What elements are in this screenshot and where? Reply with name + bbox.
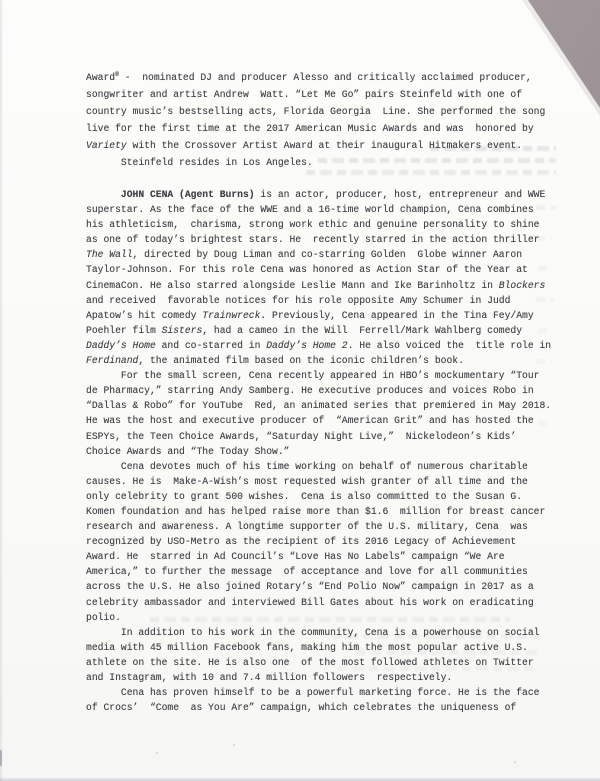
text-line: Cena has proven himself to be a powerful… xyxy=(86,685,566,700)
text-line: media with 45 million Facebook fans, mak… xyxy=(86,640,566,655)
text-line: He was the host and executive producer o… xyxy=(86,413,566,428)
text-line: Steinfeld resides in Los Angeles. xyxy=(86,154,566,171)
text-line: Komen foundation and has helped raise mo… xyxy=(86,504,566,519)
scan-edge-bottom xyxy=(0,777,600,781)
text-line: songwriter and artist Andrew Watt. “Let … xyxy=(86,86,566,103)
text-line: country music’s bestselling acts, Florid… xyxy=(86,103,566,120)
text-line: CinemaCon. He also starred alongside Les… xyxy=(86,278,566,293)
text-line: live for the first time at the 2017 Amer… xyxy=(86,120,566,137)
text-line: Taylor-Johnson. For this role Cena was h… xyxy=(86,262,566,277)
text-line: Ferdinand, the animated film based on th… xyxy=(86,353,566,368)
text-line: and received favorable notices for his r… xyxy=(86,293,566,308)
scan-speck xyxy=(514,761,516,763)
text-line: research and awareness. A longtime suppo… xyxy=(86,519,566,534)
text-line: celebrity ambassador and interviewed Bil… xyxy=(86,595,566,610)
text-line: superstar. As the face of the WWE and a … xyxy=(86,202,566,217)
steinfeld-paragraph: Award® - nominated DJ and producer Aless… xyxy=(86,66,566,171)
text-line: recognized by USO-Metro as the recipient… xyxy=(86,534,566,549)
text-line: polio. xyxy=(86,610,566,625)
text-line: Cena devotes much of his time working on… xyxy=(86,459,566,474)
text-line: Poehler film Sisters, had a cameo in the… xyxy=(86,323,566,338)
text-line: de Pharmacy,” starring Andy Samberg. He … xyxy=(86,383,566,398)
text-line: “Dallas & Robo” for YouTube Red, an anim… xyxy=(86,398,566,413)
text-line: ESPYs, the Teen Choice Awards, “Saturday… xyxy=(86,429,566,444)
text-line: causes. He is Make-A-Wish’s most request… xyxy=(86,474,566,489)
text-line: Daddy’s Home and co-starred in Daddy’s H… xyxy=(86,338,566,353)
text-line: athlete on the site. He is also one of t… xyxy=(86,655,566,670)
scan-speck xyxy=(156,752,158,754)
text-line: Award® - nominated DJ and producer Aless… xyxy=(86,66,566,86)
text-line: In addition to his work in the community… xyxy=(86,625,566,640)
text-line: For the small screen, Cena recently appe… xyxy=(86,368,566,383)
scan-edge-left xyxy=(0,0,3,781)
text-line: of Crocs’ “Come as You Are” campaign, wh… xyxy=(86,700,566,715)
text-line: The Wall, directed by Doug Liman and co-… xyxy=(86,247,566,262)
scan-speck xyxy=(233,744,235,746)
text-line: and Instagram, with 10 and 7.4 million f… xyxy=(86,670,566,685)
scanned-page: Award® - nominated DJ and producer Aless… xyxy=(0,0,600,781)
text-line: only celebrity to grant 500 wishes. Cena… xyxy=(86,489,566,504)
text-line: America,” to further the message of acce… xyxy=(86,564,566,579)
text-line: Apatow’s hit comedy Trainwreck. Previous… xyxy=(86,308,566,323)
text-line: Variety with the Crossover Artist Award … xyxy=(86,137,566,154)
john-cena-bio: JOHN CENA (Agent Burns) is an actor, pro… xyxy=(86,187,566,715)
text-line: across the U.S. He also joined Rotary’s … xyxy=(86,579,566,594)
document-text: Award® - nominated DJ and producer Aless… xyxy=(86,66,566,715)
text-line: JOHN CENA (Agent Burns) is an actor, pro… xyxy=(86,187,566,202)
scan-edge-mark xyxy=(0,750,2,766)
text-line: as one of today’s brightest stars. He re… xyxy=(86,232,566,247)
text-line: Choice Awards and “The Today Show.” xyxy=(86,444,566,459)
text-line: his athleticism, charisma, strong work e… xyxy=(86,217,566,232)
text-line: Award. He starred in Ad Council’s “Love … xyxy=(86,549,566,564)
